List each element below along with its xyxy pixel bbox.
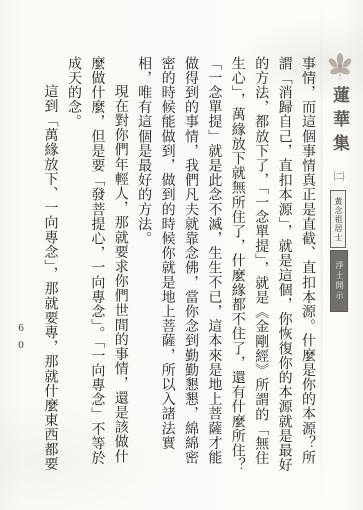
- paragraph-2: 現在對你們年輕人，那就要求你們世間的事情，還是該做什麼做什麼，但是要「發菩提心，…: [62, 56, 132, 474]
- page-number: 60: [15, 322, 27, 356]
- author-label: 黃念祖居士: [330, 190, 346, 248]
- volume-mark: ㈡: [331, 168, 347, 184]
- lotus-seal-icon: [327, 52, 353, 82]
- paragraph-3: 這到「萬緣放下、一向專念」，那就要專，那就什麼東西都要: [38, 56, 61, 474]
- title-block: 蓮華集 ㈡ 黃念祖居士 淨土開示: [322, 50, 358, 380]
- body-text: 事情，而這個事情真正是直截、直扣本源。什麼是你的本源？所謂「消歸自己，直扣本源」…: [37, 56, 319, 474]
- paragraph-1: 事情，而這個事情真正是直截、直扣本源。什麼是你的本源？所謂「消歸自己，直扣本源」…: [132, 56, 319, 474]
- chapter-label: 淨土開示: [330, 250, 348, 312]
- book-page: 蓮華集 ㈡ 黃念祖居士 淨土開示 事情，而這個事情真正是直截、直扣本源。什麼是你…: [0, 0, 363, 510]
- book-title: 蓮華集: [326, 86, 352, 158]
